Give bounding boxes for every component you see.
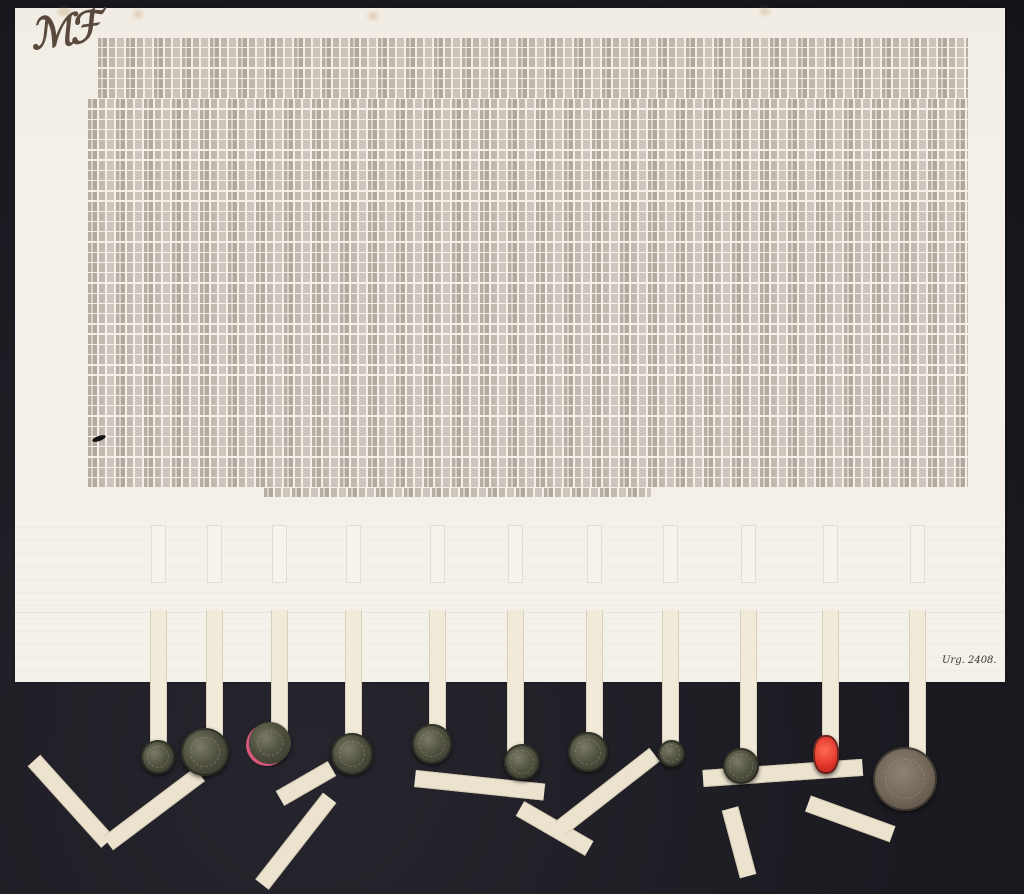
text-line bbox=[88, 437, 968, 446]
text-line bbox=[88, 120, 968, 129]
text-line bbox=[88, 212, 968, 221]
wax-seal bbox=[813, 735, 839, 774]
text-line bbox=[88, 447, 968, 456]
text-line bbox=[98, 79, 968, 88]
text-line bbox=[88, 222, 968, 231]
text-line bbox=[88, 417, 968, 426]
text-line bbox=[88, 171, 968, 180]
seal-tag-label bbox=[587, 525, 602, 583]
text-line bbox=[88, 99, 968, 108]
wax-seal bbox=[504, 744, 540, 780]
text-line bbox=[264, 488, 651, 497]
text-line bbox=[88, 468, 968, 477]
text-line bbox=[88, 181, 968, 190]
stain bbox=[760, 8, 770, 15]
seal-tag-label bbox=[272, 525, 287, 583]
text-line bbox=[88, 202, 968, 211]
text-line bbox=[98, 48, 968, 57]
text-line bbox=[88, 325, 968, 334]
text-line bbox=[88, 406, 968, 415]
seal-tag-label bbox=[910, 525, 925, 583]
wax-seal bbox=[181, 728, 229, 776]
text-line bbox=[88, 478, 968, 487]
stain bbox=[133, 10, 143, 18]
seal-strap bbox=[822, 610, 839, 748]
wax-seal bbox=[249, 722, 291, 764]
wax-seal bbox=[723, 748, 759, 784]
text-line bbox=[88, 396, 968, 405]
text-line bbox=[88, 366, 968, 375]
archive-signature: Urg. 2408. bbox=[942, 655, 997, 666]
seal-tag-label bbox=[508, 525, 523, 583]
text-line bbox=[88, 355, 968, 364]
text-line bbox=[98, 38, 968, 47]
text-line bbox=[88, 243, 968, 252]
text-line bbox=[88, 376, 968, 385]
seal-tag-label bbox=[207, 525, 222, 583]
text-line bbox=[88, 273, 968, 282]
seal-strap bbox=[662, 610, 679, 753]
text-line bbox=[88, 151, 968, 160]
text-line bbox=[88, 304, 968, 313]
text-line bbox=[98, 58, 968, 67]
seal-tag-label bbox=[823, 525, 838, 583]
seal-tag-label bbox=[346, 525, 361, 583]
wax-seal bbox=[658, 740, 685, 767]
wax-seal bbox=[331, 733, 373, 775]
seal-tag-label bbox=[151, 525, 166, 583]
text-line bbox=[88, 294, 968, 303]
text-line bbox=[88, 458, 968, 467]
text-line bbox=[88, 314, 968, 323]
text-line bbox=[88, 335, 968, 344]
stain bbox=[368, 12, 378, 20]
text-line bbox=[88, 284, 968, 293]
charter-text-block bbox=[88, 38, 968, 500]
text-line bbox=[88, 140, 968, 149]
text-line bbox=[88, 110, 968, 119]
wax-seal bbox=[141, 740, 175, 774]
text-line bbox=[98, 89, 968, 98]
wax-seal bbox=[412, 724, 452, 764]
text-line bbox=[98, 69, 968, 78]
seal-strap bbox=[740, 610, 757, 766]
text-line bbox=[88, 263, 968, 272]
text-line bbox=[88, 161, 968, 170]
seal-strap bbox=[507, 610, 524, 762]
text-line bbox=[88, 386, 968, 395]
text-line bbox=[88, 192, 968, 201]
seal-tag-label bbox=[663, 525, 678, 583]
seal-tag-label bbox=[741, 525, 756, 583]
seal-strap bbox=[150, 610, 167, 757]
text-line bbox=[88, 253, 968, 262]
seal-strap bbox=[586, 610, 603, 752]
text-line bbox=[88, 345, 968, 354]
text-line bbox=[88, 130, 968, 139]
text-line bbox=[88, 232, 968, 241]
text-line bbox=[88, 427, 968, 436]
wax-seal bbox=[568, 732, 608, 772]
wax-seal bbox=[873, 747, 937, 811]
seal-tag-label bbox=[430, 525, 445, 583]
